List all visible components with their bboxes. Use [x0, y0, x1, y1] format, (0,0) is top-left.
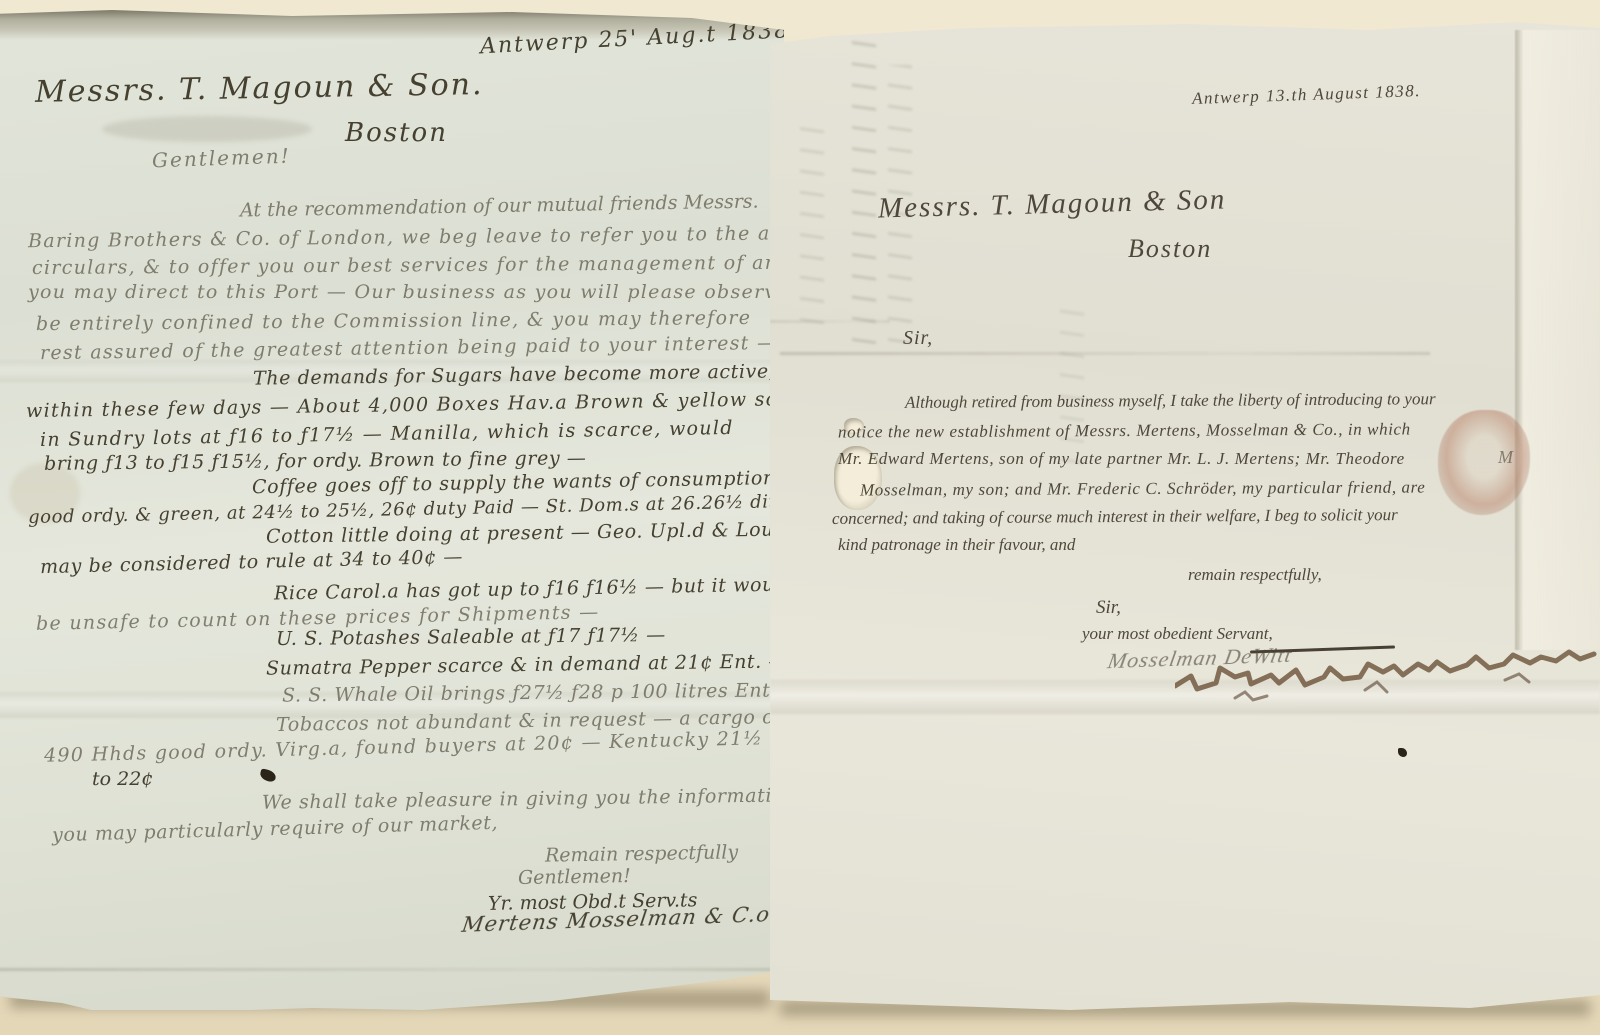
- right-closing-line: your most obedient Servant,: [1082, 625, 1273, 642]
- letter-line: 490 Hhds good ordy. Virg.a, found buyers…: [44, 729, 764, 766]
- margin-fragment: M: [1498, 448, 1513, 466]
- left-closing-line: Remain respectfully: [545, 843, 738, 865]
- right-page: Antwerp 13.th August 1838. Messrs. T. Ma…: [770, 20, 1600, 1035]
- ink-blot: [259, 768, 277, 783]
- left-recipient: Messrs. T. Magoun & Son.: [35, 70, 484, 108]
- letter-line: you may direct to this Port — Our busine…: [28, 283, 843, 302]
- letter-line: S. S. Whale Oil brings ƒ27½ ƒ28 p 100 li…: [282, 681, 777, 705]
- right-page-crease-upper: [780, 352, 1430, 355]
- left-salutation: Gentlemen!: [152, 146, 291, 171]
- left-city: Boston: [345, 120, 448, 146]
- letter-line: At the recommendation of our mutual frie…: [240, 192, 759, 220]
- letter-line: Mosselman, my son; and Mr. Frederic C. S…: [860, 479, 1425, 499]
- right-city: Boston: [1128, 236, 1212, 262]
- letter-line: bring ƒ13 to ƒ15 ƒ15½, for ordy. Brown t…: [44, 449, 587, 474]
- letter-line: U. S. Potashes Saleable at ƒ17 ƒ17½ —: [276, 626, 666, 649]
- right-recipient: Messrs. T. Magoun & Son: [878, 185, 1227, 223]
- ghost-writing-smudge: [102, 116, 312, 142]
- left-page-bottom-crease: [0, 968, 784, 971]
- letter-line: notice the new establishment of Messrs. …: [838, 421, 1411, 441]
- letter-line: Rice Carol.a has got up to ƒ16 ƒ16½ — bu…: [274, 575, 795, 603]
- letter-line: you may particularly require of our mark…: [52, 814, 499, 845]
- letter-line: may be considered to rule at 34 to 40¢ —: [40, 548, 463, 577]
- bleedthrough-marks: [1060, 300, 1084, 470]
- letter-line: kind patronage in their favour, and: [838, 536, 1075, 553]
- letter-line: circulars, & to offer you our best servi…: [32, 253, 895, 278]
- right-page-folded-flap: [1515, 30, 1600, 650]
- letter-line: rest assured of the greatest attention b…: [40, 334, 778, 363]
- ink-speck: [1398, 748, 1407, 757]
- letter-photograph: Antwerp 25' Aug.t 1838. Messrs. T. Magou…: [0, 0, 1600, 1035]
- letter-line: Mr. Edward Mertens, son of my late partn…: [838, 450, 1405, 467]
- right-salutation: Sir,: [903, 328, 933, 348]
- letter-line: Sumatra Pepper scarce & in demand at 21¢…: [266, 652, 788, 678]
- letter-line: to 22¢: [92, 770, 153, 789]
- letter-line: be entirely confined to the Commission l…: [36, 309, 751, 334]
- letter-line: The demands for Sugars have become more …: [253, 362, 776, 388]
- bleedthrough-marks: [800, 120, 824, 330]
- left-closing-line: Gentlemen!: [518, 867, 631, 888]
- letter-line: We shall take pleasure in giving you the…: [262, 786, 797, 812]
- right-dateline: Antwerp 13.th August 1838.: [1192, 82, 1421, 107]
- letter-line: within these few days — About 4,000 Boxe…: [26, 390, 800, 421]
- letter-line: concerned; and taking of course much int…: [832, 506, 1398, 527]
- left-page: Antwerp 25' Aug.t 1838. Messrs. T. Magou…: [0, 8, 784, 1010]
- bleedthrough-marks: [852, 40, 876, 350]
- right-closing-line: Sir,: [1096, 598, 1121, 617]
- letter-line: Although retired from business myself, I…: [905, 390, 1436, 411]
- letter-line: in Sundry lots at ƒ16 to ƒ17½ — Manilla,…: [40, 419, 734, 450]
- letter-line: Cotton little doing at present — Geo. Up…: [266, 520, 810, 547]
- letter-line: Baring Brothers & Co. of London, we beg …: [28, 224, 848, 252]
- right-closing-line: remain respectfully,: [1188, 566, 1322, 583]
